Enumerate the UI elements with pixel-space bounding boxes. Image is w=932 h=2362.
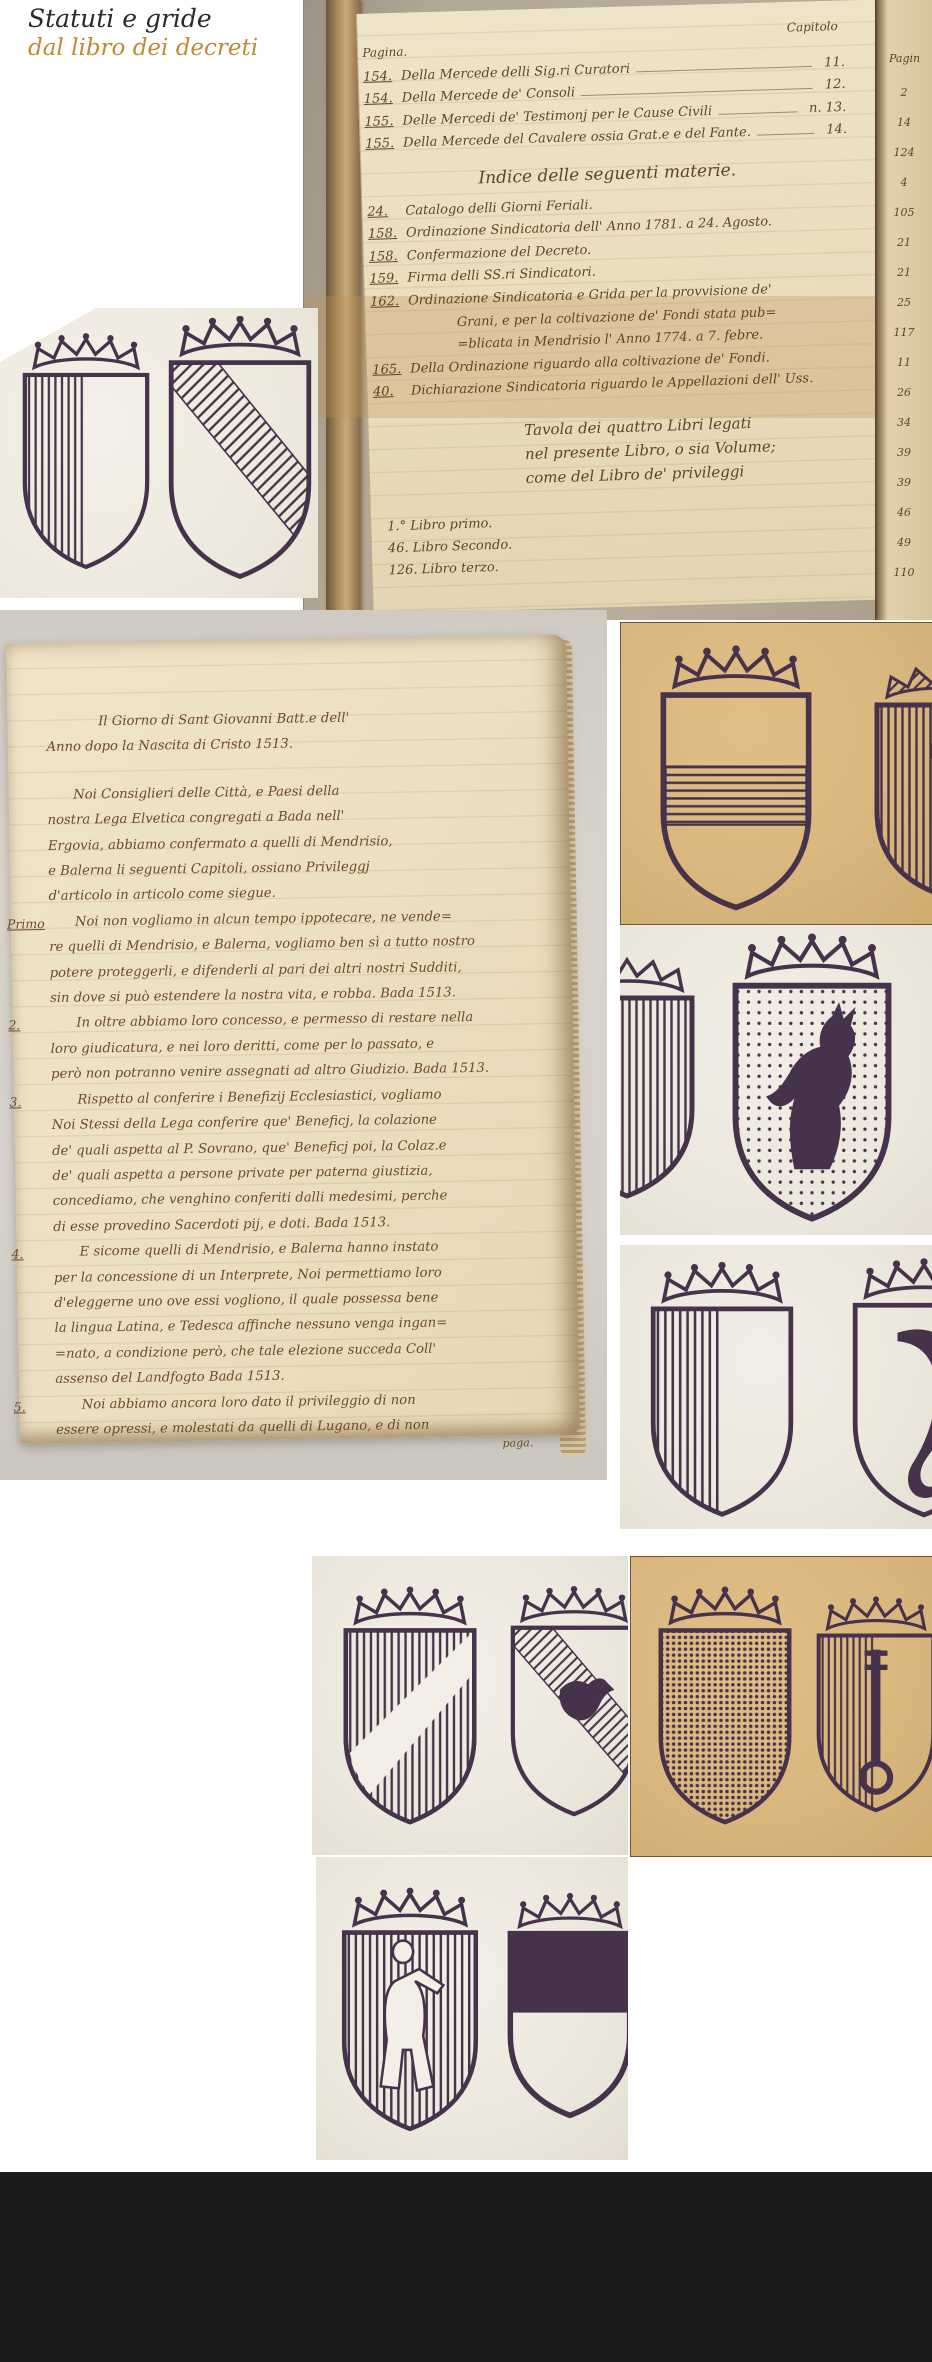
capitolo-column-header: Capitolo (786, 15, 838, 39)
shield-paly-cross-icon (857, 651, 932, 911)
index-text-block: Capitolo Pagina. 154. Della Mercede dell… (362, 27, 861, 583)
shield-striped-fess-icon (641, 645, 831, 915)
shield-hatched-bend-icon (150, 316, 318, 586)
site-header: Statuti e gride dal libro dei decreti (28, 4, 288, 62)
photo-decree-manuscript: Il Giorno di Sant Giovanni Batt.e dell' … (0, 610, 607, 1480)
page-subtitle: dal libro dei decreti (28, 34, 288, 62)
shield-key-icon (801, 1573, 932, 1841)
decree-text-block: Il Giorno di Sant Giovanni Batt.e dell' … (46, 703, 561, 1457)
shield-stripes-white-bend-icon (326, 1580, 494, 1836)
photo-bend-shield-pair (312, 1556, 628, 1855)
shield-half-striped-icon (632, 1261, 812, 1523)
shield-stippled-icon (641, 1577, 809, 1839)
decree-article-2: 2. In oltre abbiamo loro concesso, e per… (50, 1004, 556, 1087)
photo-index-manuscript: Capitolo Pagina. 154. Della Mercede dell… (303, 0, 932, 620)
tavola-heading: Tavola dei quattro Libri legati nel pres… (524, 408, 858, 490)
torn-paper-corner (0, 308, 96, 362)
shield-dark-paly-icon (620, 939, 712, 1219)
shield-half-striped-icon (6, 324, 166, 584)
decree-article-5: 5. Noi abbiamo ancora loro dato il privi… (56, 1385, 562, 1443)
photo-figure-shield-pair (316, 1857, 628, 2160)
page-root: Statuti e gride dal libro dei decreti Ca… (0, 0, 932, 2362)
photo-plume-shield (620, 1245, 932, 1529)
decree-article-4: 4. E sicome quelli di Mendrisio, e Baler… (53, 1233, 560, 1392)
shield-dark-plume-icon (834, 1255, 932, 1527)
page-title: Statuti e gride (28, 4, 288, 34)
book-spine (326, 0, 360, 620)
shield-rampant-goat-icon (712, 933, 912, 1229)
photo-tan-key-pair (630, 1556, 932, 1857)
adjacent-page-sliver: Pagin 2141244105212125117112634393946491… (875, 0, 932, 620)
photo-tan-shield-pair (620, 622, 932, 925)
photo-shields-left (0, 308, 318, 598)
sliver-page-numbers: 214124410521212511711263439394649110 (875, 86, 932, 596)
photo-goat-shield (620, 925, 932, 1235)
footer-bar (0, 2172, 932, 2362)
shield-dark-chief-icon (492, 1871, 628, 2145)
decree-article-3: 3. Rispetto al conferire i Benefizij Ecc… (51, 1081, 558, 1240)
shield-lion-bend-icon (494, 1570, 628, 1838)
decree-article-1: Primo Noi non vogliamo in alcun tempo ip… (49, 903, 555, 1012)
shield-standing-figure-icon (324, 1879, 496, 2145)
